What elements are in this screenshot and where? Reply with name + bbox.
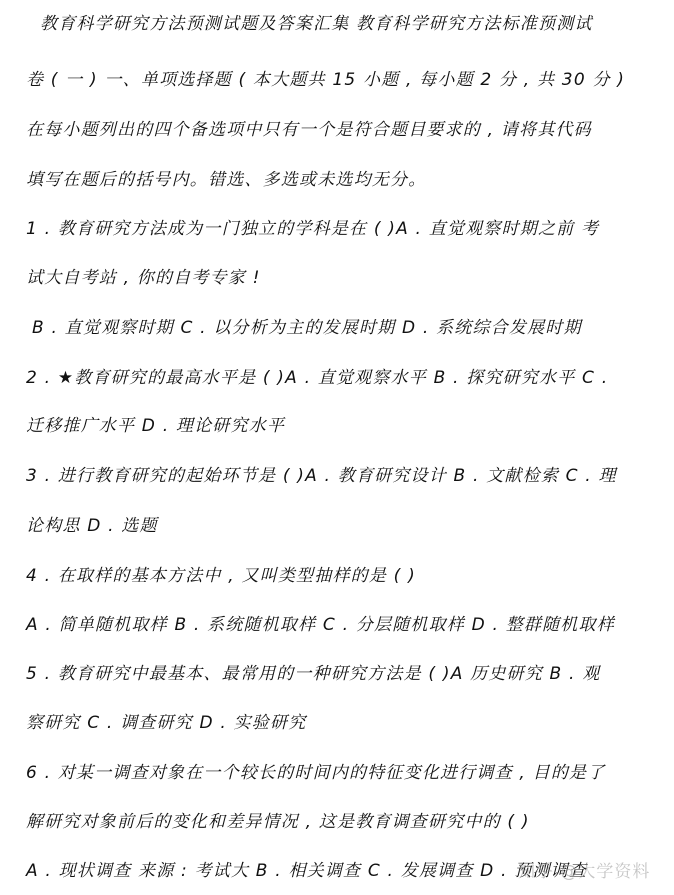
question-2-line-1: 2 . ★教育研究的最高水平是 ( )A . 直觉观察水平 B . 探究研究水平… xyxy=(26,366,608,390)
question-1-options: B . 直觉观察时期 C . 以分析为主的发展时期 D . 系统综合发展时期 xyxy=(32,316,582,340)
document-page: 教育科学研究方法预测试题及答案汇集 教育科学研究方法标准预测试 卷 ( 一 ) … xyxy=(0,0,674,895)
question-6-line-1: 6 . 对某一调查对象在一个较长的时间内的特征变化进行调查 , 目的是了 xyxy=(26,761,605,785)
section-heading-line: 卷 ( 一 ) 一、单项选择题 ( 本大题共 15 小题 , 每小题 2 分 ,… xyxy=(26,68,625,92)
question-5-line-1: 5 . 教育研究中最基本、最常用的一种研究方法是 ( )A 历史研究 B . 观 xyxy=(26,662,600,686)
question-4-options: A . 简单随机取样 B . 系统随机取样 C . 分层随机取样 D . 整群随… xyxy=(26,613,615,637)
question-5-line-2: 察研究 C . 调查研究 D . 实验研究 xyxy=(26,711,306,735)
question-1-line-2: 试大自考站 , 你的自考专家 ! xyxy=(26,266,261,290)
watermark: 知乎 @大学资料 xyxy=(518,857,650,882)
question-6-options: A . 现状调查 来源 : 考试大 B . 相关调查 C . 发展调查 D . … xyxy=(26,859,587,883)
question-4-line-1: 4 . 在取样的基本方法中 , 又叫类型抽样的是 ( ) xyxy=(26,564,416,588)
doc-title-line: 教育科学研究方法预测试题及答案汇集 教育科学研究方法标准预测试 xyxy=(40,12,593,36)
question-2-line-2: 迁移推广水平 D . 理论研究水平 xyxy=(26,414,285,438)
instruction-line-1: 在每小题列出的四个备选项中只有一个是符合题目要求的 , 请将其代码 xyxy=(26,118,592,142)
question-1-line-1: 1 . 教育研究方法成为一门独立的学科是在 ( )A . 直觉观察时期之前 考 xyxy=(26,217,599,241)
question-3-line-1: 3 . 进行教育研究的起始环节是 ( )A . 教育研究设计 B . 文献检索 … xyxy=(26,464,617,488)
question-6-line-2: 解研究对象前后的变化和差异情况 , 这是教育调查研究中的 ( ) xyxy=(26,810,530,834)
question-3-line-2: 论构思 D . 选题 xyxy=(26,514,158,538)
instruction-line-2: 填写在题后的括号内。错选、多选或未选均无分。 xyxy=(26,168,426,192)
